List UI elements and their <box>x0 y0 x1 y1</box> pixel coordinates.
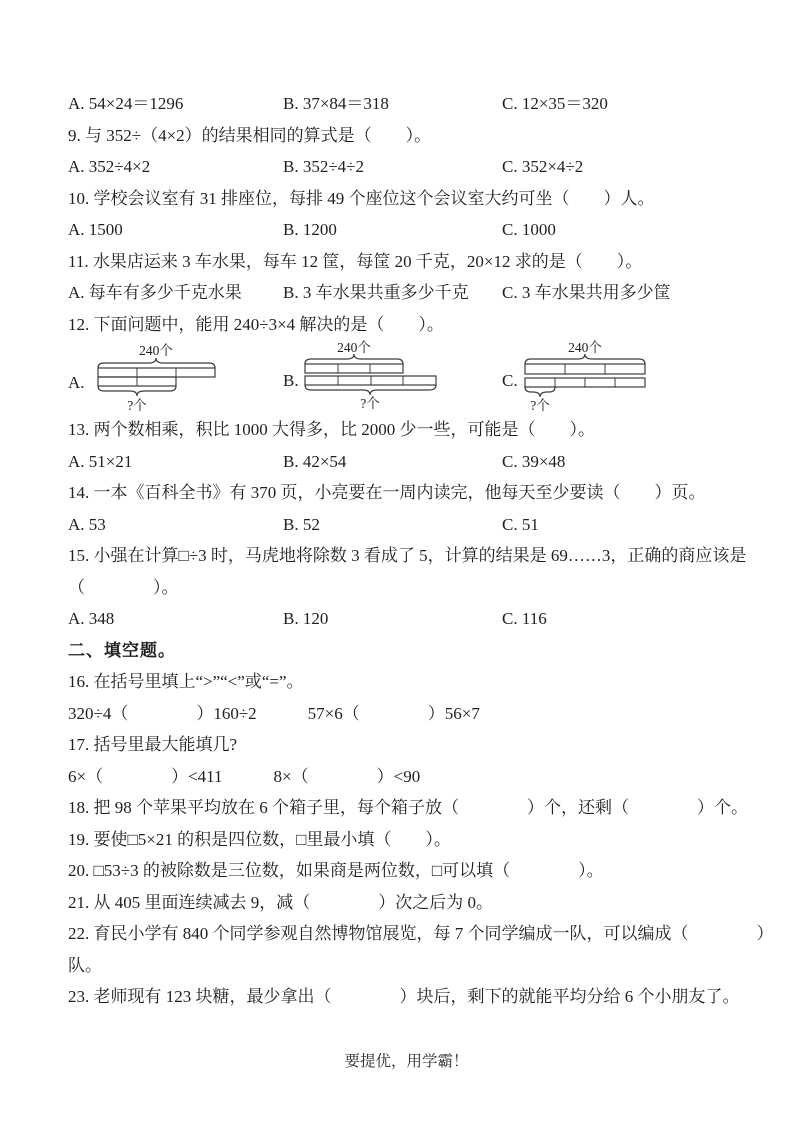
question-10-options: A. 1500 B. 1200 C. 1000 <box>68 214 745 246</box>
tape-bar-top <box>98 368 215 377</box>
unknown-label: ?个 <box>530 398 550 413</box>
option-b: B. 52 <box>283 509 502 541</box>
question-23-text: 23. 老师现有 123 块糖，最少拿出（ ）块后，剩下的就能平均分给 6 个小… <box>68 981 745 1013</box>
option-b: B. 37×84＝318 <box>283 88 502 120</box>
option-b: B. 1200 <box>283 214 502 246</box>
diagram-label: B. <box>283 371 299 390</box>
total-label: 240个 <box>568 340 602 355</box>
question-20-text: 20. □53÷3 的被除数是三位数，如果商是两位数，□可以填（ ）。 <box>68 855 745 887</box>
section-two-title: 二、填空题。 <box>68 635 745 667</box>
question-15-text-line1: 15. 小强在计算□÷3 时，马虎地将除数 3 看成了 5，计算的结果是 69…… <box>68 540 745 572</box>
brace-top <box>525 354 645 364</box>
tape-bar-top <box>525 364 645 374</box>
option-b: B. 352÷4÷2 <box>283 151 502 183</box>
tape-bar-top <box>305 364 403 373</box>
diagram-label: A. <box>68 373 85 392</box>
option-a: A. 352÷4×2 <box>68 151 283 183</box>
question-22-text-line2: 队。 <box>68 950 745 982</box>
diagram-label: C. <box>502 371 518 390</box>
option-c: C. 51 <box>502 509 745 541</box>
question-17-text: 17. 括号里最大能填几? <box>68 729 745 761</box>
question-17-expression: 6×（ ）<411 8×（ ）<90 <box>68 761 745 793</box>
question-16-text: 16. 在括号里填上“>”“<”或“=”。 <box>68 666 745 698</box>
bar-model-c: C. 240个 ?个 <box>502 340 702 414</box>
question-9-text: 9. 与 352÷（4×2）的结果相同的算式是（ ）。 <box>68 120 745 152</box>
option-c: C. 116 <box>502 603 745 635</box>
option-c: C. 12×35＝320 <box>502 88 745 120</box>
option-a: A. 每车有多少千克水果 <box>68 277 283 309</box>
question-21-text: 21. 从 405 里面连续减去 9，减（ ）次之后为 0。 <box>68 887 745 919</box>
option-c: C. 1000 <box>502 214 745 246</box>
option-a: A. 51×21 <box>68 446 283 478</box>
question-14-options: A. 53 B. 52 C. 51 <box>68 509 745 541</box>
option-a: A. 1500 <box>68 214 283 246</box>
worksheet-content: A. 54×24＝1296 B. 37×84＝318 C. 12×35＝320 … <box>0 0 793 1077</box>
option-c: C. 39×48 <box>502 446 745 478</box>
question-13-text: 13. 两个数相乘，积比 1000 大得多，比 2000 少一些，可能是（ ）。 <box>68 414 745 446</box>
question-12-text: 12. 下面问题中，能用 240÷3×4 解决的是（ ）。 <box>68 309 745 341</box>
question-12-diagrams: A. 240个 ?个 B. 240个 <box>68 340 745 414</box>
option-b: B. 3 车水果共重多少千克 <box>283 277 502 309</box>
question-8-options: A. 54×24＝1296 B. 37×84＝318 C. 12×35＝320 <box>68 88 745 120</box>
question-22-text-line1: 22. 育民小学有 840 个同学参观自然博物馆展览，每 7 个同学编成一队，可… <box>68 918 745 950</box>
question-14-text: 14. 一本《百科全书》有 370 页，小亮要在一周内读完，他每天至少要读（ ）… <box>68 477 745 509</box>
question-10-text: 10. 学校会议室有 31 排座位，每排 49 个座位这个会议室大约可坐（ ）人… <box>68 183 745 215</box>
option-c: C. 3 车水果共用多少筐 <box>502 277 745 309</box>
option-a: A. 54×24＝1296 <box>68 88 283 120</box>
brace-top <box>98 358 215 368</box>
option-a: A. 348 <box>68 603 283 635</box>
brace-top <box>305 354 403 364</box>
option-c: C. 352×4÷2 <box>502 151 745 183</box>
question-19-text: 19. 要使□5×21 的积是四位数，□里最小填（ ）。 <box>68 824 745 856</box>
worksheet-page: A. 54×24＝1296 B. 37×84＝318 C. 12×35＝320 … <box>0 0 793 1122</box>
question-9-options: A. 352÷4×2 B. 352÷4÷2 C. 352×4÷2 <box>68 151 745 183</box>
question-11-text: 11. 水果店运来 3 车水果，每车 12 筐，每筐 20 千克，20×12 求… <box>68 246 745 278</box>
question-11-options: A. 每车有多少千克水果 B. 3 车水果共重多少千克 C. 3 车水果共用多少… <box>68 277 745 309</box>
question-15-text-line2: （ ）。 <box>68 572 745 604</box>
option-a: A. 53 <box>68 509 283 541</box>
question-18-text: 18. 把 98 个苹果平均放在 6 个箱子里，每个箱子放（ ）个，还剩（ ）个… <box>68 792 745 824</box>
brace-bottom <box>305 385 436 395</box>
brace-bottom <box>98 386 176 396</box>
question-16-expression: 320÷4（ ）160÷2 57×6（ ）56×7 <box>68 698 745 730</box>
bar-model-a: A. 240个 ?个 <box>68 340 283 414</box>
option-b: B. 120 <box>283 603 502 635</box>
bar-model-b: B. 240个 ?个 <box>283 340 502 414</box>
unknown-label: ?个 <box>127 398 147 413</box>
option-b: B. 42×54 <box>283 446 502 478</box>
question-13-options: A. 51×21 B. 42×54 C. 39×48 <box>68 446 745 478</box>
unknown-label: ?个 <box>360 396 380 411</box>
total-label: 240个 <box>337 340 371 355</box>
total-label: 240个 <box>139 343 173 358</box>
brace-bottom <box>525 387 555 397</box>
question-15-options: A. 348 B. 120 C. 116 <box>68 603 745 635</box>
page-footer-slogan: 要提优，用学霸！ <box>68 1046 745 1078</box>
